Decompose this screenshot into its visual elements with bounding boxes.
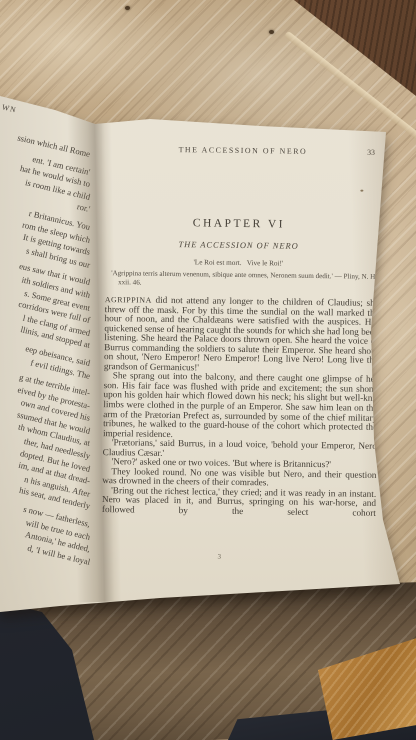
signature-mark: 3 xyxy=(93,551,345,563)
body-paragraph: She sprang out into the balcony, and the… xyxy=(103,371,378,442)
left-running-header-fragment: WN xyxy=(1,102,18,114)
chapter-title: THE ACCESSION OF NERO xyxy=(98,239,380,252)
epigraph-latin: 'Agrippina terris alterum venenum, sibiq… xyxy=(111,269,380,290)
paragraph-text: 'Prætorians,' said Burrus, in a loud voi… xyxy=(103,437,377,457)
right-page: THE ACCESSION OF NERO 33 CHAPTER VI THE … xyxy=(93,124,392,600)
paragraph-text: did not attend any longer to the childre… xyxy=(104,295,379,372)
open-book: WN ssion which all Rome ent. 'I am certa… xyxy=(0,0,416,740)
paragraph-text: She sprang out into the balcony, and the… xyxy=(103,371,378,439)
epigraph-french: 'Le Roi est mort. Vive le Roi!' xyxy=(97,257,379,269)
photo-of-open-book: WN ssion which all Rome ent. 'I am certa… xyxy=(0,0,416,740)
paragraph-text: 'Bring out the richest lectica,' they cr… xyxy=(102,485,376,518)
book-shadow-wrapper: WN ssion which all Rome ent. 'I am certa… xyxy=(0,0,416,740)
body-paragraph: 'Bring out the richest lectica,' they cr… xyxy=(102,486,376,518)
body-paragraph: Agrippina did not attend any longer to t… xyxy=(104,295,379,375)
page-body-text: Agrippina did not attend any longer to t… xyxy=(102,295,379,518)
chapter-heading: CHAPTER VI xyxy=(98,216,380,232)
paragraph-text: They looked round. No one was visible bu… xyxy=(102,466,376,488)
running-header: THE ACCESSION OF NERO xyxy=(179,145,308,156)
running-header-row: THE ACCESSION OF NERO 33 xyxy=(109,144,377,157)
